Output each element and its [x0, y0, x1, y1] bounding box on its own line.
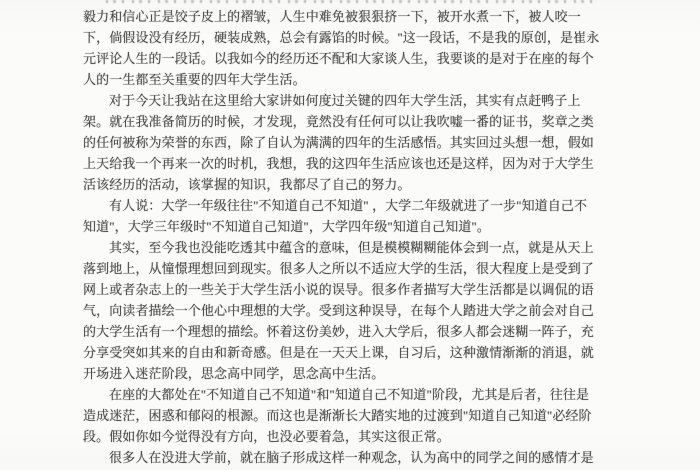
text-line: 的任何被称为荣誉的东西，除了自认为满满的四年的生活感悟。其实回过头想一想，假如 [83, 132, 613, 153]
document-body: 毅力和信心正是饺子皮上的褶皱，人生中难免被狠狠挤一下，被开水煮一下，被人咬一下，… [83, 6, 613, 468]
text-line: 在座的大都处在"不知道自己不知道"和"知道自己不知道"阶段，尤其是后者，往往是 [83, 384, 613, 405]
text-line: 开场进入迷茫阶段，思念高中同学，思念高中生活。 [83, 363, 613, 384]
text-line: 元评论人生的一段话。以我如今的经历还不配和大家谈人生，我要谈的是对于在座的每个 [83, 48, 613, 69]
text-line: 分享受突如其来的自由和新奇感。但是在一天天上课，自习后，这种激情渐渐的消退，就 [83, 342, 613, 363]
text-line: 人的一生都至关重要的四年大学生活。 [83, 69, 613, 90]
text-line: 对于今天让我站在这里给大家讲如何度过关键的四年大学生活，其实有点赶鸭子上 [83, 90, 613, 111]
text-line: 气，向读者描绘一个他心中理想的大学。受到这种误导，在每个人踏进大学之前会对自己 [83, 300, 613, 321]
text-line: 段。假如你如今觉得没有方向，也没必要着急，其实这很正常。 [83, 426, 613, 447]
text-line: 架。就在我准备简历的时候，才发现，竟然没有任何可以让我吹嘘一番的证书，奖章之类 [83, 111, 613, 132]
text-line: 上天给我一个再来一次的时机，我想，我的这四年生活应该也还是这样，因为对于大学生 [83, 153, 613, 174]
text-line: 毅力和信心正是饺子皮上的褶皱，人生中难免被狠狠挤一下，被开水煮一下，被人咬一 [83, 6, 613, 27]
scanned-document-page: 毅力和信心正是饺子皮上的褶皱，人生中难免被狠狠挤一下，被开水煮一下，被人咬一下，… [0, 0, 700, 470]
text-line: 下，倘假设没有经历，硬装成熟，总会有露馅的时候。"这一段话，不是我的原创，是崔永 [83, 27, 613, 48]
text-line: 落到地上，从憧憬理想回到现实。很多人之所以不适应大学的生活，很大程度上是受到了 [83, 258, 613, 279]
text-line: 活该经历的活动，该掌握的知识，我都尽了自己的努力。 [83, 174, 613, 195]
text-line: 造成迷茫，困惑和郁闷的根源。而这也是渐渐长大踏实地的过渡到"知道自己知道"必经阶 [83, 405, 613, 426]
text-line: 网上或者杂志上的一些关于大学生活小说的误导。很多作者描写大学生活都是以调侃的语 [83, 279, 613, 300]
clipped-text-fragments-top [106, 0, 592, 3]
text-line: 的大学生活有一个理想的描绘。怀着这份美妙，进入大学后，很多人都会迷糊一阵子，充 [83, 321, 613, 342]
text-line: 知道"，大学三年级时"不知道自己知道"，大学四年级"知道自己知道"。 [83, 216, 613, 237]
text-line: 其实，至今我也没能吃透其中蕴含的意味，但是模模糊糊能体会到一点，就是从天上 [83, 237, 613, 258]
text-line: 很多人在没进大学前，就在脑子形成这样一种观念，认为高中的同学之间的感情才是 [83, 447, 613, 468]
text-line: 有人说：大学一年级往往"不知道自己不知道" ，大学二年级就进了一步"知道自己不 [83, 195, 613, 216]
